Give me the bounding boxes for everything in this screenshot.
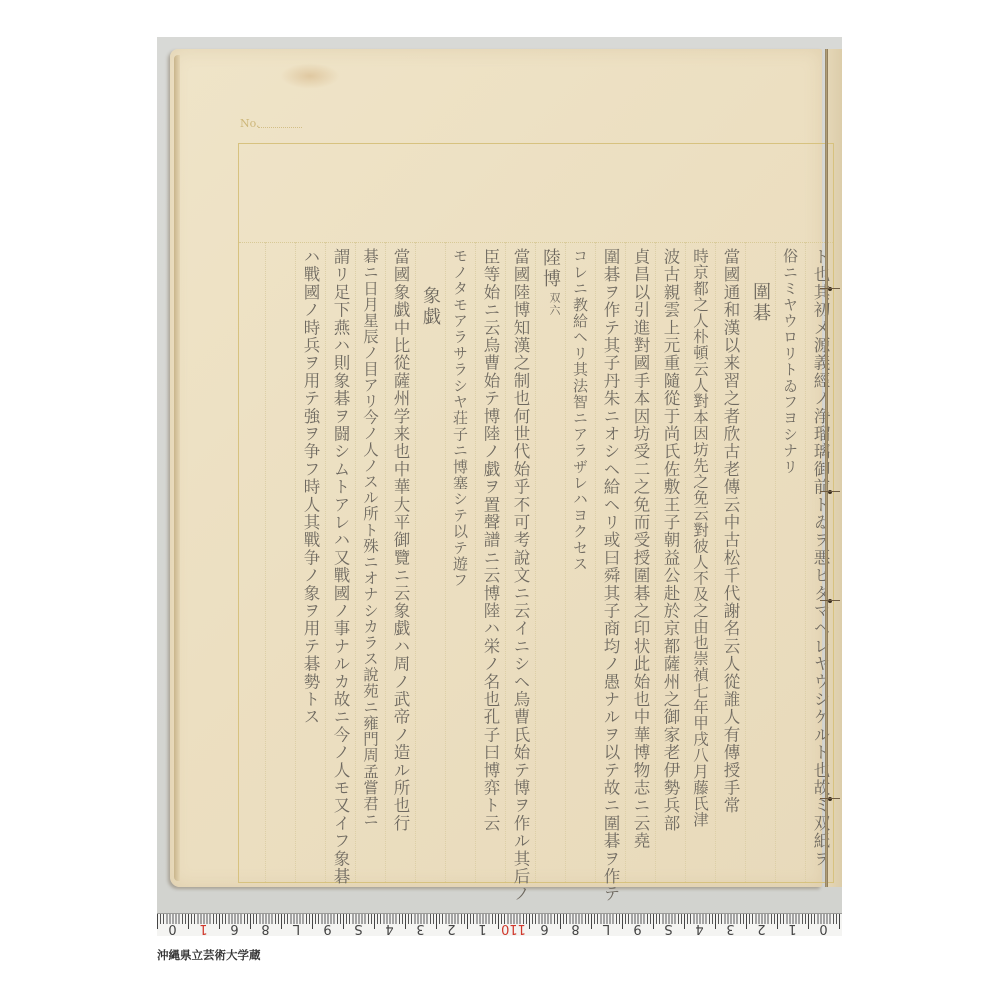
section-heading: 象戯: [415, 242, 445, 882]
section-heading: 圍碁: [745, 242, 775, 882]
text-column: モノタモアラサラシヤ荘子ニ博塞シテ以テ遊フ: [445, 242, 475, 882]
ruler-numbers: 0 1 6 8 L 9 S 4 3 2 1 110 6 8 L 9 S 4 3 …: [157, 920, 842, 936]
page-left-edge: [174, 55, 180, 881]
binding-stitch: [820, 797, 840, 801]
text-column: 圍碁ヲ作テ其子丹朱ニオシヘ給ヘリ或曰舜其子商均ノ愚ナルヲ以テ故ニ圍碁ヲ作テ: [595, 242, 625, 882]
binding-stitch: [820, 599, 840, 603]
text-columns: ト也其初メ源義經ノ浄瑠璃御前トゐヲ悪ヒタマヘレヤウシケルト也故ミ双紙ヲ 俗ニミヤ…: [239, 242, 833, 882]
text-column: 波古親雲上元重隨從于尚氏佐敷王子朝益公赴於京都薩州之御家老伊勢兵部: [655, 242, 685, 882]
manuscript-photo: No. ト也其初メ源義經ノ浄瑠璃御前トゐヲ悪ヒタマヘレヤウシケルト也故ミ双紙ヲ …: [157, 37, 842, 936]
text-frame: ト也其初メ源義經ノ浄瑠璃御前トゐヲ悪ヒタマヘレヤウシケルト也故ミ双紙ヲ 俗ニミヤ…: [238, 143, 834, 883]
text-column: 貞昌以引進對國手本因坊受二之免而受授圍碁之印状此始也中華博物志ニ云堯: [625, 242, 655, 882]
text-column: 碁ニ日月星辰ノ目アリ今ノ人ノスル所ト殊ニオナシカラス說苑ニ雍門周孟嘗君ニ: [355, 242, 385, 882]
text-column: コレニ教給ヘリ其法智ニアラザレハヨクセス: [565, 242, 595, 882]
manuscript-page: No. ト也其初メ源義經ノ浄瑠璃御前トゐヲ悪ヒタマヘレヤウシケルト也故ミ双紙ヲ …: [170, 49, 822, 887]
text-column: 俗ニミヤウロリトゐフヨシナリ: [775, 242, 805, 882]
page-number-label: No.: [240, 117, 260, 130]
collection-caption: 沖縄県立芸術大学蔵: [157, 947, 261, 963]
text-column: 當國象戯中比從薩州学来也中華大平御覽ニ云象戯ハ周ノ武帝ノ造ル所也行: [385, 242, 415, 882]
text-column: ハ戰國ノ時兵ヲ用テ強ヲ争フ時人其戰争ノ象ヲ用テ碁勢トス: [295, 242, 325, 882]
section-heading: 陸博 双六: [535, 242, 565, 882]
text-column: 當國陸博知漢之制也何世代始乎不可考說文ニ云イニシヘ烏曹氏始テ博ヲ作ル其后ノ: [505, 242, 535, 882]
binding-stitch: [820, 490, 840, 494]
text-column: ト也其初メ源義經ノ浄瑠璃御前トゐヲ悪ヒタマヘレヤウシケルト也故ミ双紙ヲ: [805, 242, 835, 882]
measuring-ruler: 0 1 6 8 L 9 S 4 3 2 1 110 6 8 L 9 S 4 3 …: [157, 913, 842, 936]
text-column: 臣等始ニ云烏曹始テ博陸ノ戯ヲ置聲譜ニ云博陸ハ栄ノ名也孔子曰博弈ト云: [475, 242, 505, 882]
empty-column: [265, 242, 295, 882]
binding-stitch: [820, 287, 840, 291]
header-band: [239, 144, 833, 243]
page-number-blank: [258, 127, 302, 128]
paper-stain: [280, 63, 340, 89]
text-column: 當國通和漢以来習之者欣古老傳云中古松千代謝名云人從誰人有傳授手常: [715, 242, 745, 882]
binding-spine: [825, 49, 828, 887]
text-column: 時京都之人朴頓云人對本因坊先之免云對彼人不及之由也崇禎七年甲戌八月藤氏津: [685, 242, 715, 882]
text-column: 謂リ足下燕ハ則象碁ヲ闘シムトアレハ又戰國ノ事ナルカ故ニ今ノ人モ又イフ象碁: [325, 242, 355, 882]
